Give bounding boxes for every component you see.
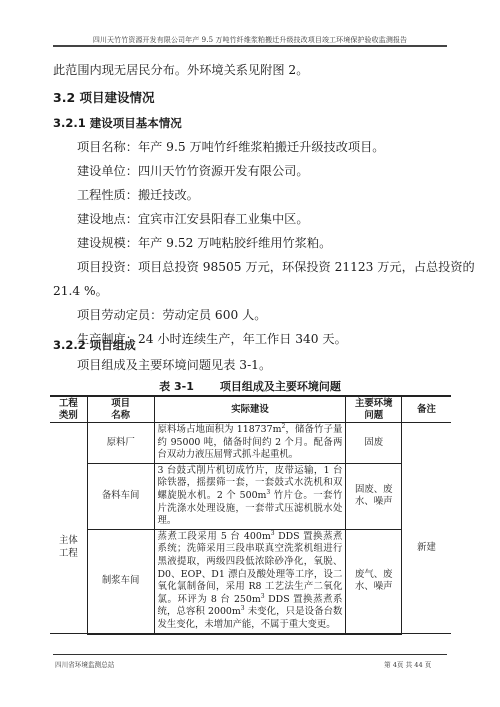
footer-divider [53, 654, 447, 655]
cell-construction: 3 台鼓式削片机切成竹片，皮带运输，1 台除铁器，摇摆筛一套，一套鼓式水洗机和双… [154, 463, 346, 529]
header-construction: 实际建设 [154, 396, 346, 423]
info-label: 建设规模： [77, 236, 138, 250]
header-category: 工程 类别 [50, 396, 87, 423]
footer-page-number: 第 4页 共 44 页 [384, 659, 431, 669]
cell-name: 制浆车间 [87, 529, 154, 633]
section-heading-3-2-2: 3.2.2 项目组成 [53, 338, 453, 353]
table-title: 项目组成及主要环境问题 [220, 378, 341, 394]
cell-env-issue: 固废、废水、噪声 [346, 463, 402, 529]
cell-name: 原料厂 [87, 423, 154, 464]
cell-construction: 蒸煮工段采用 5 台 400m3 DDS 置换蒸煮系统；洗筛采用三段串联真空洗浆… [154, 529, 346, 633]
info-investment-continued: 21.4 %。 [53, 284, 453, 299]
info-label: 建设单位： [77, 164, 138, 178]
table-caption: 表 3-1项目组成及主要环境问题 [53, 378, 447, 394]
table-header-row: 工程 类别 项目 名称 实际建设 主要环境 问题 备注 [50, 396, 451, 423]
info-value: 宜宾市江安县阳春工业集中区。 [138, 212, 309, 226]
intro-paragraph: 此范围内现无居民分布。外环境关系见附图 2。 [53, 63, 453, 78]
cell-env-issue: 固废 [346, 423, 402, 464]
info-value: 搬迁技改。 [138, 188, 199, 202]
info-label: 项目名称： [77, 140, 138, 154]
project-composition-table: 工程 类别 项目 名称 实际建设 主要环境 问题 备注 主体 工程 原料厂 原料… [50, 395, 451, 635]
info-value: 四川天竹竹资源开发有限公司。 [138, 164, 309, 178]
cell-remark: 新建 [401, 423, 451, 634]
header-env-issue: 主要环境 问题 [346, 396, 402, 423]
info-label: 建设地点： [77, 212, 138, 226]
info-nature: 工程性质：搬迁技改。 [77, 188, 477, 203]
header-divider [53, 45, 447, 47]
info-project-name: 项目名称：年产 9.5 万吨竹纤维浆粕搬迁升级技改项目。 [77, 140, 477, 155]
footer-organization: 四川省环境监测总站 [55, 659, 114, 669]
info-label: 项目投资： [77, 260, 138, 274]
info-scale: 建设规模：年产 9.52 万吨粘胶纤维用竹浆粕。 [77, 236, 477, 251]
info-value: 年产 9.52 万吨粘胶纤维用竹浆粕。 [138, 236, 331, 250]
info-investment: 项目投资：项目总投资 98505 万元，环保投资 21123 万元，占总投资的 [77, 260, 477, 275]
header-name: 项目 名称 [87, 396, 154, 423]
cell-env-issue: 废气、废水、噪声 [346, 529, 402, 633]
info-staff: 项目劳动定员：劳动定员 600 人。 [77, 308, 477, 323]
section-heading-3-2-1: 3.2.1 建设项目基本情况 [53, 116, 453, 131]
info-value: 劳动定员 600 人。 [162, 308, 266, 322]
info-label: 项目劳动定员： [77, 308, 162, 322]
header-remark: 备注 [401, 396, 451, 423]
cell-name: 备料车间 [87, 463, 154, 529]
table-number: 表 3-1 [159, 378, 194, 394]
info-value: 年产 9.5 万吨竹纤维浆粕搬迁升级技改项目。 [138, 140, 385, 154]
section-heading-3-2: 3.2 项目建设情况 [53, 90, 453, 105]
table-reference: 项目组成及主要环境问题见表 3-1。 [77, 358, 477, 373]
table-row: 备料车间 3 台鼓式削片机切成竹片，皮带运输，1 台除铁器，摇摆筛一套，一套鼓式… [50, 463, 451, 529]
running-header: 四川天竹竹资源开发有限公司年产 9.5 万吨竹纤维浆粕搬迁升级技改项目竣工环境保… [53, 35, 447, 45]
info-label: 工程性质： [77, 188, 138, 202]
cell-category: 主体 工程 [50, 423, 87, 634]
table-row: 主体 工程 原料厂 原料场占地面积为 118737m2，储备竹子量约 95000… [50, 423, 451, 464]
cell-construction: 原料场占地面积为 118737m2，储备竹子量约 95000 吨，储备时间约 2… [154, 423, 346, 464]
info-builder: 建设单位：四川天竹竹资源开发有限公司。 [77, 164, 477, 179]
table-row: 制浆车间 蒸煮工段采用 5 台 400m3 DDS 置换蒸煮系统；洗筛采用三段串… [50, 529, 451, 633]
info-location: 建设地点：宜宾市江安县阳春工业集中区。 [77, 212, 477, 227]
info-value: 项目总投资 98505 万元，环保投资 21123 万元，占总投资的 [138, 260, 475, 274]
